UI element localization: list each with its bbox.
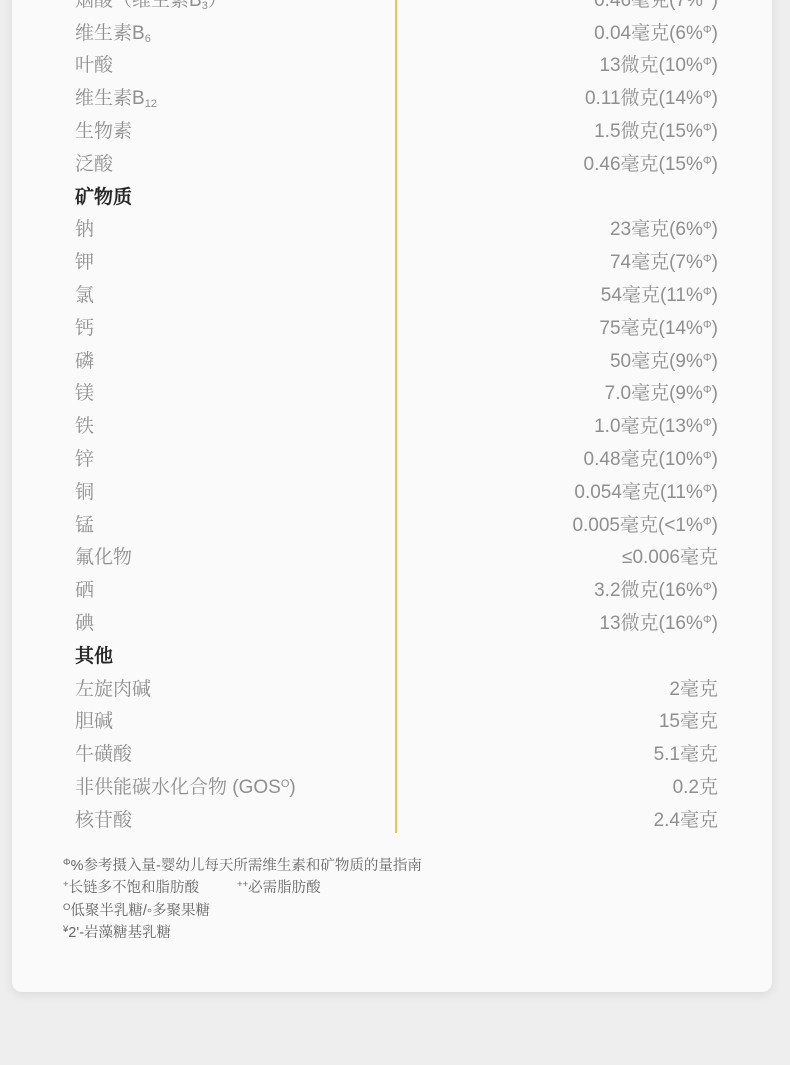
value-amount: 3.2微克 — [594, 580, 658, 601]
table-row: 钠23毫克(6%Φ) — [75, 212, 718, 245]
table-row: 磷50毫克(9%Φ) — [75, 343, 718, 376]
reference-intake-marker: Φ — [703, 24, 712, 36]
value-amount: 0.11微克 — [585, 88, 659, 109]
footnote-text: 长链多不饱和脂肪酸 — [69, 880, 200, 896]
subscript: 6 — [145, 33, 151, 45]
footnote-text: 2'-岩藻糖基乳糖 — [68, 925, 171, 941]
value-amount: 13微克 — [599, 55, 658, 76]
reference-intake-marker: Φ — [703, 0, 712, 3]
reference-intake-marker: Φ — [703, 155, 712, 167]
table-row: 叶酸13微克(10%Φ) — [75, 48, 718, 81]
value-amount: 74毫克 — [610, 252, 669, 273]
label-text: 氯 — [75, 285, 94, 306]
section-header-row: 其他 — [75, 638, 718, 671]
nutrient-label: 生物素 — [75, 116, 132, 143]
value-percent: 16% — [665, 580, 703, 601]
subscript: 12 — [145, 98, 157, 110]
value-percent: 11% — [666, 285, 703, 306]
table-row: 氟化物≤0.006毫克 — [75, 540, 718, 573]
reference-intake-marker: Φ — [703, 384, 712, 396]
label-text: 非供能碳水化合物 (GOS — [75, 777, 281, 798]
label-text: 钠 — [75, 219, 94, 240]
label-text: 磷 — [75, 351, 94, 372]
label-text: 锌 — [75, 449, 94, 470]
table-row: 维生素B60.04毫克(6%Φ) — [75, 15, 718, 48]
label-text: ） — [208, 0, 227, 11]
nutrient-value: ≤0.006毫克 — [622, 542, 718, 569]
value-amount: 13微克 — [599, 613, 658, 634]
table-row: 镁7.0毫克(9%Φ) — [75, 376, 718, 409]
table-row: 左旋肉碱2毫克 — [75, 671, 718, 704]
nutrient-value: 50毫克(9%Φ) — [610, 346, 718, 373]
table-row: 氯54毫克(11%Φ) — [75, 277, 718, 310]
nutrient-value: 74毫克(7%Φ) — [610, 247, 718, 274]
value-amount: 1.5微克 — [594, 121, 658, 142]
table-row: 碘13微克(16%Φ) — [75, 605, 718, 638]
footnote-part: +长链多不饱和脂肪酸 — [63, 880, 199, 896]
footnote-text: 低聚半乳糖/◦多聚果糖 — [70, 903, 210, 919]
value-percent: 9% — [675, 383, 702, 404]
label-text: 左旋肉碱 — [75, 679, 151, 700]
value-percent: 11% — [666, 482, 703, 503]
reference-intake-marker: Φ — [703, 614, 712, 626]
nutrient-value: 3.2微克(16%Φ) — [594, 575, 718, 602]
value-percent: 7% — [675, 252, 702, 273]
reference-intake-marker: Φ — [703, 352, 712, 364]
nutrition-card: 烟酸（维生素B3）0.46毫克(7%Φ)维生素B60.04毫克(6%Φ)叶酸13… — [12, 0, 772, 992]
section-header-label: 矿物质 — [75, 182, 132, 209]
label-text: 烟酸（维生素B — [75, 0, 202, 11]
label-text: 维生素B — [75, 23, 145, 44]
reference-intake-marker: Φ — [703, 417, 712, 429]
nutrient-label: 钙 — [75, 313, 94, 340]
reference-intake-marker: Φ — [703, 581, 712, 593]
value-amount: 0.46毫克 — [584, 154, 659, 175]
label-text: 矿物质 — [75, 187, 132, 208]
table-row: 铁1.0毫克(13%Φ) — [75, 408, 718, 441]
nutrient-label: 氟化物 — [75, 542, 132, 569]
table-row: 钾74毫克(7%Φ) — [75, 244, 718, 277]
label-text: 铜 — [75, 482, 94, 503]
value-percent: 13% — [665, 416, 703, 437]
value-amount: ≤0.006毫克 — [622, 547, 718, 568]
label-text: 其他 — [75, 646, 113, 667]
table-row: 胆碱15毫克 — [75, 704, 718, 737]
footnote-marker: Φ — [63, 857, 71, 868]
label-text: ) — [289, 777, 295, 798]
nutrient-label: 钠 — [75, 214, 94, 241]
nutrient-value: 13微克(10%Φ) — [599, 50, 718, 77]
value-amount: 0.005毫克 — [572, 515, 658, 536]
reference-intake-marker: Φ — [703, 319, 712, 331]
value-amount: 0.054毫克 — [574, 482, 660, 503]
nutrient-label: 钾 — [75, 247, 94, 274]
value-percent: 10% — [665, 449, 703, 470]
footnote-marker: O — [63, 902, 70, 913]
reference-intake-marker: Φ — [703, 89, 712, 101]
reference-intake-marker: Φ — [703, 220, 712, 232]
label-text: 生物素 — [75, 121, 132, 142]
value-amount: 23毫克 — [610, 219, 669, 240]
label-text: 氟化物 — [75, 547, 132, 568]
footnote-line: +长链多不饱和脂肪酸++必需脂肪酸 — [63, 878, 732, 901]
value-amount: 0.04毫克 — [594, 23, 669, 44]
section-header-label: 其他 — [75, 641, 113, 668]
nutrient-value: 15毫克 — [659, 706, 718, 733]
value-amount: 0.46毫克 — [594, 0, 669, 11]
table-row: 锰0.005毫克(<1%Φ) — [75, 507, 718, 540]
nutrient-label: 碘 — [75, 608, 94, 635]
nutrient-label: 泛酸 — [75, 149, 113, 176]
nutrition-table: 烟酸（维生素B3）0.46毫克(7%Φ)维生素B60.04毫克(6%Φ)叶酸13… — [12, 0, 772, 835]
label-text: 胆碱 — [75, 711, 113, 732]
nutrient-value: 23毫克(6%Φ) — [610, 214, 718, 241]
footnote-marker: ¥ — [63, 924, 68, 935]
value-amount: 50毫克 — [610, 351, 669, 372]
nutrient-value: 0.11微克(14%Φ) — [585, 83, 718, 110]
reference-intake-marker: Φ — [703, 483, 712, 495]
table-row: 核苷酸2.4毫克 — [75, 802, 718, 835]
nutrient-value: 1.0毫克(13%Φ) — [594, 411, 718, 438]
value-percent: 10% — [665, 55, 703, 76]
nutrient-label: 铜 — [75, 477, 94, 504]
reference-intake-marker: Φ — [703, 56, 712, 68]
value-percent: 14% — [665, 318, 703, 339]
label-text: 核苷酸 — [75, 810, 132, 831]
value-amount: 2.4毫克 — [654, 810, 718, 831]
label-text: 叶酸 — [75, 55, 113, 76]
value-amount: 54毫克 — [601, 285, 660, 306]
label-text: 维生素B — [75, 88, 145, 109]
subscript: 3 — [202, 0, 208, 12]
footnote-text: 必需脂肪酸 — [248, 880, 321, 896]
value-percent: 9% — [675, 351, 702, 372]
nutrient-value: 7.0毫克(9%Φ) — [605, 378, 718, 405]
table-row: 钙75毫克(14%Φ) — [75, 310, 718, 343]
reference-intake-marker: Φ — [703, 450, 712, 462]
nutrient-value: 0.46毫克(7%Φ) — [594, 0, 718, 12]
reference-intake-marker: Φ — [703, 122, 712, 134]
nutrient-value: 54毫克(11%Φ) — [601, 280, 718, 307]
value-percent: <1% — [664, 515, 703, 536]
nutrient-value: 1.5微克(15%Φ) — [594, 116, 718, 143]
footnote-line: Φ%参考摄入量-婴幼儿每天所需维生素和矿物质的量指南 — [63, 856, 732, 879]
footnote-part: ¥2'-岩藻糖基乳糖 — [63, 925, 171, 941]
value-amount: 7.0毫克 — [605, 383, 669, 404]
table-row: 烟酸（维生素B3）0.46毫克(7%Φ) — [75, 0, 718, 15]
nutrient-label: 维生素B12 — [75, 83, 157, 110]
nutrient-label: 胆碱 — [75, 706, 113, 733]
table-row: 生物素1.5微克(15%Φ) — [75, 113, 718, 146]
label-text: 钾 — [75, 252, 94, 273]
label-text: 钙 — [75, 318, 94, 339]
nutrient-label: 非供能碳水化合物 (GOSO) — [75, 772, 296, 799]
nutrient-label: 氯 — [75, 280, 94, 307]
footnote-marker: ++ — [237, 879, 248, 890]
label-text: 锰 — [75, 515, 94, 536]
nutrient-label: 锌 — [75, 444, 94, 471]
nutrient-value: 0.48毫克(10%Φ) — [584, 444, 718, 471]
table-row: 铜0.054毫克(11%Φ) — [75, 474, 718, 507]
footnote-part: O低聚半乳糖/◦多聚果糖 — [63, 903, 210, 919]
label-text: 牛磺酸 — [75, 744, 132, 765]
label-text: 碘 — [75, 613, 94, 634]
nutrient-label: 锰 — [75, 510, 94, 537]
value-amount: 75毫克 — [599, 318, 658, 339]
nutrient-value: 0.005毫克(<1%Φ) — [572, 510, 718, 537]
value-percent: 15% — [665, 121, 703, 142]
table-row: 牛磺酸5.1毫克 — [75, 736, 718, 769]
table-row: 硒3.2微克(16%Φ) — [75, 572, 718, 605]
nutrient-value: 0.054毫克(11%Φ) — [574, 477, 718, 504]
nutrient-value: 0.2克 — [673, 772, 718, 799]
value-percent: 14% — [665, 88, 703, 109]
footnote-line: ¥2'-岩藻糖基乳糖 — [63, 923, 732, 946]
reference-intake-marker: Φ — [703, 253, 712, 265]
footnote-part: ++必需脂肪酸 — [237, 880, 321, 896]
table-row: 维生素B120.11微克(14%Φ) — [75, 80, 718, 113]
label-text: 镁 — [75, 383, 94, 404]
nutrient-value: 13微克(16%Φ) — [599, 608, 718, 635]
label-text: 铁 — [75, 416, 94, 437]
section-header-row: 矿物质 — [75, 179, 718, 212]
nutrient-label: 左旋肉碱 — [75, 674, 151, 701]
nutrient-value: 0.46毫克(15%Φ) — [584, 149, 718, 176]
table-row: 泛酸0.46毫克(15%Φ) — [75, 146, 718, 179]
value-percent: 7% — [675, 0, 702, 11]
value-amount: 0.48毫克 — [584, 449, 659, 470]
nutrient-label: 铁 — [75, 411, 94, 438]
nutrient-label: 镁 — [75, 378, 94, 405]
value-amount: 1.0毫克 — [594, 416, 658, 437]
superscript: O — [281, 778, 290, 790]
value-percent: 15% — [665, 154, 703, 175]
reference-intake-marker: Φ — [703, 286, 712, 298]
value-amount: 0.2克 — [673, 777, 718, 798]
value-percent: 6% — [675, 23, 702, 44]
nutrient-value: 0.04毫克(6%Φ) — [594, 18, 718, 45]
nutrient-label: 核苷酸 — [75, 805, 132, 832]
footnote-part: Φ%参考摄入量-婴幼儿每天所需维生素和矿物质的量指南 — [63, 858, 422, 874]
nutrient-label: 维生素B6 — [75, 18, 151, 45]
nutrient-label: 硒 — [75, 575, 94, 602]
footnote-text: %参考摄入量-婴幼儿每天所需维生素和矿物质的量指南 — [71, 858, 422, 874]
nutrient-label: 烟酸（维生素B3） — [75, 0, 227, 12]
reference-intake-marker: Φ — [703, 516, 712, 528]
value-amount: 2毫克 — [669, 679, 718, 700]
nutrient-value: 75毫克(14%Φ) — [599, 313, 718, 340]
nutrient-value: 2毫克 — [669, 674, 718, 701]
value-amount: 15毫克 — [659, 711, 718, 732]
nutrient-value: 5.1毫克 — [654, 739, 718, 766]
value-amount: 5.1毫克 — [654, 744, 718, 765]
nutrient-value: 2.4毫克 — [654, 805, 718, 832]
table-row: 锌0.48毫克(10%Φ) — [75, 441, 718, 474]
value-percent: 16% — [665, 613, 703, 634]
table-row: 非供能碳水化合物 (GOSO)0.2克 — [75, 769, 718, 802]
label-text: 硒 — [75, 580, 94, 601]
footnotes: Φ%参考摄入量-婴幼儿每天所需维生素和矿物质的量指南+长链多不饱和脂肪酸++必需… — [12, 856, 772, 946]
label-text: 泛酸 — [75, 154, 113, 175]
value-percent: 6% — [675, 219, 702, 240]
nutrient-label: 叶酸 — [75, 50, 113, 77]
footnote-line: O低聚半乳糖/◦多聚果糖 — [63, 901, 732, 924]
footnote-marker: + — [63, 879, 69, 890]
nutrient-label: 磷 — [75, 346, 94, 373]
nutrient-label: 牛磺酸 — [75, 739, 132, 766]
